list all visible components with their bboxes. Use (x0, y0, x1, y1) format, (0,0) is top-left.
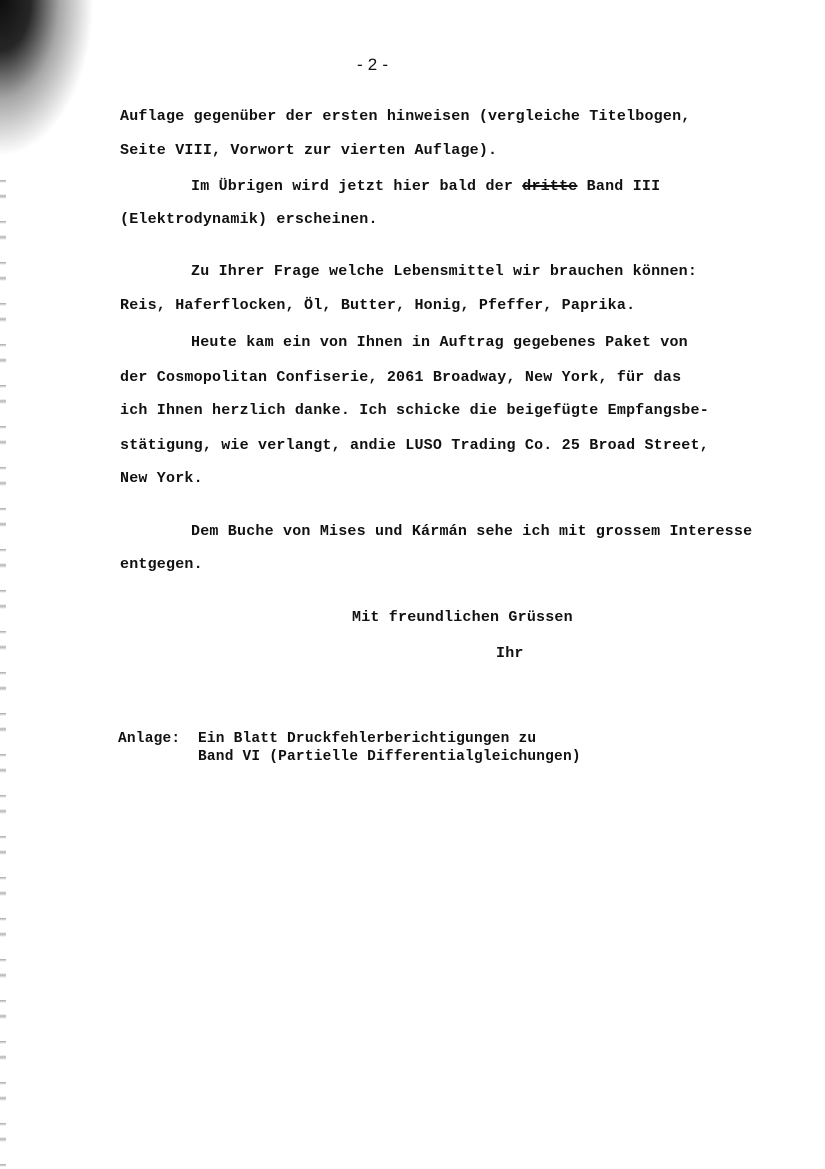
paragraph-1-line-1: Auflage gegenüber der ersten hinweisen (… (120, 108, 691, 125)
scan-shadow-edge (0, 180, 6, 1169)
paragraph-2-text-b: Band III (577, 178, 660, 195)
paragraph-4-line-3: ich Ihnen herzlich danke. Ich schicke di… (120, 402, 709, 419)
paragraph-4-line-1: Heute kam ein von Ihnen in Auftrag gegeb… (191, 334, 688, 351)
paragraph-3-line-1: Zu Ihrer Frage welche Lebensmittel wir b… (191, 263, 697, 280)
document-page: - 2 - Auflage gegenüber der ersten hinwe… (0, 0, 825, 1169)
closing-salutation: Mit freundlichen Grüssen (352, 609, 573, 626)
paragraph-5-line-2: entgegen. (120, 556, 203, 573)
struck-word: dritte (522, 178, 577, 195)
paragraph-1-line-2: Seite VIII, Vorwort zur vierten Auflage)… (120, 142, 497, 159)
paragraph-2-text-a: Im Übrigen wird jetzt hier bald der (191, 178, 522, 195)
paragraph-2-line-1: Im Übrigen wird jetzt hier bald der drit… (191, 178, 660, 195)
scan-shadow-corner (0, 0, 120, 200)
page-number: - 2 - (357, 55, 388, 75)
enclosure-line-2: Band VI (Partielle Differentialgleichung… (198, 749, 581, 765)
paragraph-3-line-2: Reis, Haferflocken, Öl, Butter, Honig, P… (120, 297, 635, 314)
enclosure-line-1: Ein Blatt Druckfehlerberichtigungen zu (198, 731, 536, 747)
paragraph-5-line-1: Dem Buche von Mises und Kármán sehe ich … (191, 523, 752, 540)
paragraph-4-line-2: der Cosmopolitan Confiserie, 2061 Broadw… (120, 369, 681, 386)
paragraph-4-line-4: stätigung, wie verlangt, andie LUSO Trad… (120, 437, 709, 454)
closing-signoff: Ihr (496, 645, 524, 662)
paragraph-4-line-5: New York. (120, 470, 203, 487)
enclosure-label: Anlage: (118, 731, 180, 747)
paragraph-2-line-2: (Elektrodynamik) erscheinen. (120, 211, 378, 228)
